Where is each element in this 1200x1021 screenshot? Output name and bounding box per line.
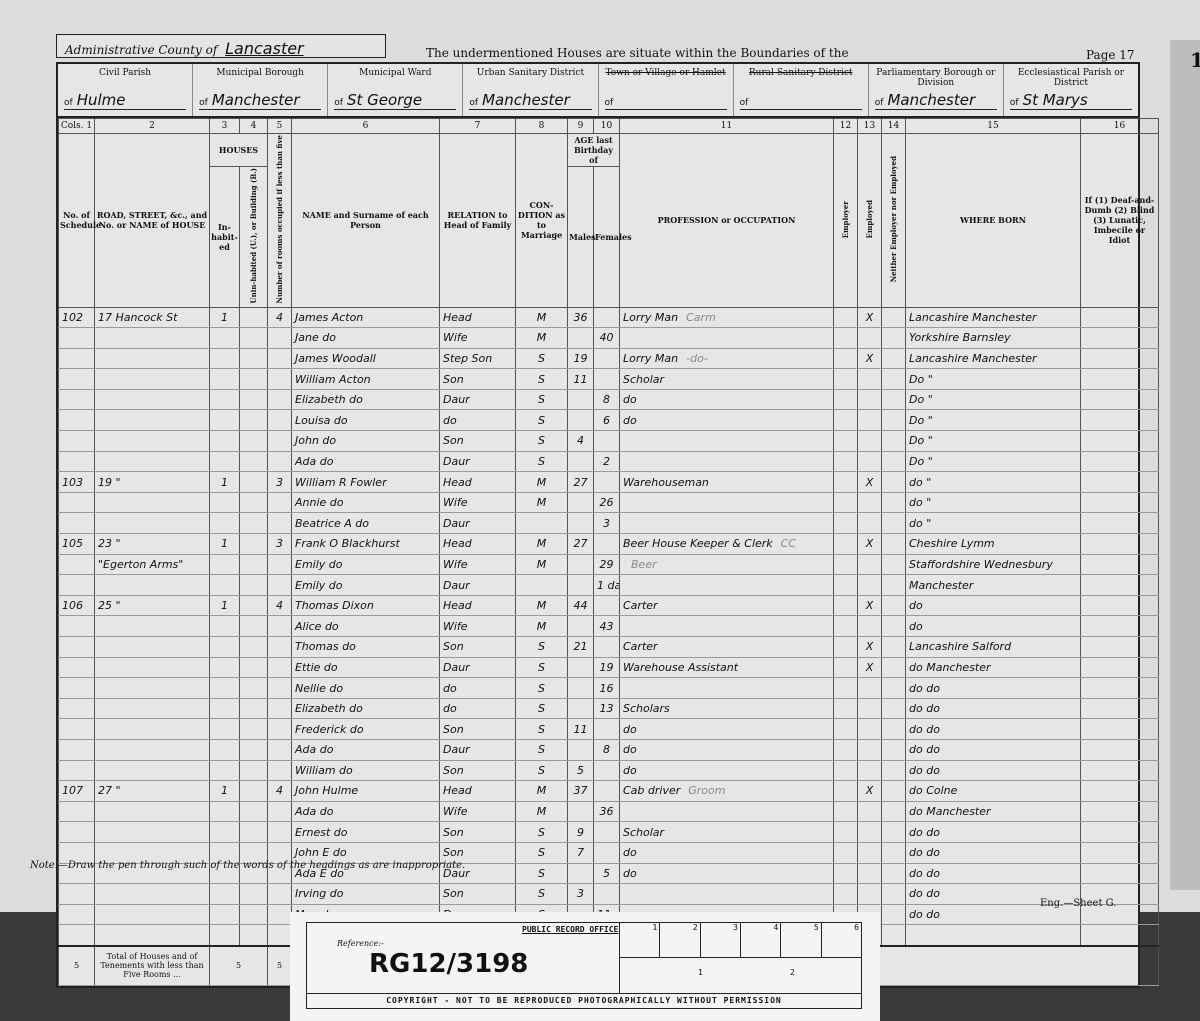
column-headers-row: No. of Schedule ROAD, STREET, &c., and N…	[59, 134, 1159, 167]
admin-field-label: Parliamentary Borough or Division	[869, 68, 1003, 88]
table-row: Frederick doSonS11dodo do	[59, 719, 1159, 740]
cell-condition	[516, 575, 568, 596]
cell-occupation: Scholar	[620, 369, 834, 390]
cell-address	[95, 616, 210, 637]
ruler-inch-2: 2	[790, 968, 795, 977]
cell-rooms	[268, 575, 292, 596]
table-row: Emily doDaur1 dayManchester	[59, 575, 1159, 596]
admin-field-value: of	[740, 91, 862, 110]
cell-born	[906, 925, 1081, 946]
empty-cell	[882, 678, 906, 699]
cell-schedule	[59, 451, 95, 472]
cell-male-age	[568, 451, 594, 472]
cell-inhabited	[210, 410, 240, 431]
empty-cell	[834, 884, 858, 905]
empty-cell	[240, 328, 268, 349]
cell-inhabited	[210, 925, 240, 946]
empty-cell	[240, 616, 268, 637]
cell-female-age: 26	[594, 492, 620, 513]
cell-condition: M	[516, 595, 568, 616]
empty-cell	[834, 637, 858, 658]
cell-rooms	[268, 389, 292, 410]
empty-cell	[834, 513, 858, 534]
cell-male-age: 27	[568, 472, 594, 493]
empty-cell	[240, 534, 268, 555]
cell-name: Thomas Dixon	[292, 595, 440, 616]
admin-field: Municipal BoroughofManchester	[193, 64, 328, 116]
cell-employed	[858, 369, 882, 390]
cell-employed	[858, 678, 882, 699]
cell-address: 25 "	[95, 595, 210, 616]
empty-cell	[240, 472, 268, 493]
county-value: Lancaster	[225, 39, 304, 58]
cell-inhabited	[210, 328, 240, 349]
cell-female-age: 16	[594, 678, 620, 699]
cell-inhabited	[210, 492, 240, 513]
cell-occupation: Lorry ManCarm	[620, 307, 834, 328]
empty-cell	[834, 616, 858, 637]
cell-employed	[858, 842, 882, 863]
cell-schedule	[59, 348, 95, 369]
cell-rooms	[268, 554, 292, 575]
cell-occupation: Warehouse Assistant	[620, 657, 834, 678]
col-condition: CON-DITION as to Marriage	[516, 134, 568, 308]
cell-condition: M	[516, 554, 568, 575]
cell-inhabited	[210, 348, 240, 369]
column-number: 5	[268, 119, 292, 134]
empty-cell	[882, 348, 906, 369]
cell-born: do "	[906, 472, 1081, 493]
table-row: Louisa dodoS6doDo "	[59, 410, 1159, 431]
ruler-inch: 1 2	[620, 958, 862, 994]
col-name: NAME and Surname of each Person	[292, 134, 440, 308]
cell-condition: S	[516, 657, 568, 678]
col-address: ROAD, STREET, &c., and No. or NAME of HO…	[95, 134, 210, 308]
cell-relation: Head	[440, 472, 516, 493]
cell-born: do do	[906, 698, 1081, 719]
table-row: Ada doDaurS8dodo do	[59, 739, 1159, 760]
cell-address	[95, 328, 210, 349]
table-row: Ernest doSonS9Scholardo do	[59, 822, 1159, 843]
cell-female-age: 5	[594, 863, 620, 884]
cell-rooms: 4	[268, 595, 292, 616]
cell-born: do do	[906, 863, 1081, 884]
empty-cell	[834, 842, 858, 863]
pencil-annotation: Carm	[686, 311, 716, 324]
cell-occupation: do	[620, 863, 834, 884]
cell-condition: S	[516, 719, 568, 740]
col-relation: RELATION to Head of Family	[440, 134, 516, 308]
cell-relation: Son	[440, 637, 516, 658]
admin-field-value: ofManchester	[199, 91, 321, 110]
table-row: 10727 "14John HulmeHeadM37Cab driverGroo…	[59, 781, 1159, 802]
cell-inhabited	[210, 431, 240, 452]
empty-cell	[1081, 842, 1159, 863]
empty-cell	[1081, 760, 1159, 781]
col-schedule: No. of Schedule	[59, 134, 95, 308]
cell-name: Ada do	[292, 739, 440, 760]
cell-employed	[858, 822, 882, 843]
table-row: Jane doWifeM40Yorkshire Barnsley	[59, 328, 1159, 349]
cell-address	[95, 884, 210, 905]
cell-occupation: do	[620, 410, 834, 431]
empty-cell	[1081, 534, 1159, 555]
admin-field-value: ofSt Marys	[1010, 91, 1132, 110]
cell-employed: X	[858, 595, 882, 616]
cell-schedule	[59, 904, 95, 925]
cell-occupation	[620, 431, 834, 452]
empty-cell	[834, 369, 858, 390]
cell-relation: Daur	[440, 739, 516, 760]
cell-name: Beatrice A do	[292, 513, 440, 534]
cell-employed: X	[858, 534, 882, 555]
cell-female-age	[594, 348, 620, 369]
cell-born: Staffordshire Wednesbury	[906, 554, 1081, 575]
cell-female-age	[594, 307, 620, 328]
empty-cell	[882, 842, 906, 863]
cell-schedule: 102	[59, 307, 95, 328]
page-number: Page 17	[1086, 48, 1135, 62]
cell-born: do Manchester	[906, 801, 1081, 822]
column-number: 7	[440, 119, 516, 134]
cell-address	[95, 431, 210, 452]
cell-occupation: Lorry Man-do-	[620, 348, 834, 369]
total-schedules: 5	[59, 946, 95, 986]
cell-condition: M	[516, 472, 568, 493]
cell-occupation: Scholars	[620, 698, 834, 719]
cell-condition: S	[516, 389, 568, 410]
empty-cell	[1081, 554, 1159, 575]
cell-name: Thomas do	[292, 637, 440, 658]
empty-cell	[834, 822, 858, 843]
column-number: Cols. 1	[59, 119, 95, 134]
cell-inhabited	[210, 739, 240, 760]
empty-cell	[1081, 410, 1159, 431]
cell-rooms	[268, 698, 292, 719]
empty-cell	[834, 348, 858, 369]
cell-male-age: 36	[568, 307, 594, 328]
empty-cell	[1081, 822, 1159, 843]
cell-name: Nellie do	[292, 678, 440, 699]
empty-cell	[834, 760, 858, 781]
cell-female-age: 40	[594, 328, 620, 349]
col-houses: HOUSES	[210, 134, 268, 167]
col-employer: Employer	[834, 134, 858, 308]
cell-condition: S	[516, 451, 568, 472]
cell-employed: X	[858, 637, 882, 658]
empty-cell	[1081, 451, 1159, 472]
cell-born: Manchester	[906, 575, 1081, 596]
cell-name: Elizabeth do	[292, 698, 440, 719]
cell-condition: M	[516, 801, 568, 822]
column-number: 11	[620, 119, 834, 134]
empty-cell	[882, 431, 906, 452]
cell-inhabited	[210, 801, 240, 822]
cell-schedule	[59, 513, 95, 534]
table-row: William ActonSonS11ScholarDo "	[59, 369, 1159, 390]
cell-employed	[858, 513, 882, 534]
empty-cell	[240, 657, 268, 678]
cell-male-age: 11	[568, 369, 594, 390]
cell-rooms	[268, 657, 292, 678]
cell-male-age	[568, 328, 594, 349]
cell-born: Do "	[906, 431, 1081, 452]
empty-cell	[834, 595, 858, 616]
cell-name: William Acton	[292, 369, 440, 390]
empty-cell	[240, 884, 268, 905]
cell-schedule	[59, 616, 95, 637]
cell-born: do do	[906, 760, 1081, 781]
empty-cell	[240, 389, 268, 410]
empty-cell	[240, 678, 268, 699]
cell-schedule	[59, 575, 95, 596]
cell-male-age: 44	[568, 595, 594, 616]
cell-employed	[858, 328, 882, 349]
cell-inhabited	[210, 637, 240, 658]
cell-address	[95, 739, 210, 760]
cell-schedule	[59, 554, 95, 575]
cell-address	[95, 492, 210, 513]
cell-born: Cheshire Lymm	[906, 534, 1081, 555]
empty-cell	[834, 698, 858, 719]
cell-condition: M	[516, 616, 568, 637]
admin-field: Parliamentary Borough or DivisionofManch…	[869, 64, 1004, 116]
cell-address	[95, 369, 210, 390]
cell-occupation	[620, 492, 834, 513]
table-row: James WoodallStep SonS19Lorry Man-do-XLa…	[59, 348, 1159, 369]
cell-relation: Son	[440, 760, 516, 781]
empty-cell	[882, 451, 906, 472]
empty-cell	[882, 863, 906, 884]
cell-female-age: 8	[594, 389, 620, 410]
cell-employed	[858, 575, 882, 596]
cell-relation: Head	[440, 595, 516, 616]
cell-relation: Son	[440, 369, 516, 390]
empty-cell	[834, 410, 858, 431]
census-page: Administrative County of Lancaster The u…	[0, 0, 1200, 912]
admin-field: Municipal WardofSt George	[328, 64, 463, 116]
empty-cell	[240, 410, 268, 431]
cell-occupation: do	[620, 389, 834, 410]
cell-born: do do	[906, 719, 1081, 740]
ruler-cm-mark: 3	[701, 923, 741, 957]
cell-address	[95, 801, 210, 822]
empty-cell	[240, 307, 268, 328]
admin-field: Civil ParishofHulme	[58, 64, 193, 116]
ruler-cm: 123456	[620, 923, 862, 958]
admin-field: Urban Sanitary DistrictofManchester	[463, 64, 598, 116]
cell-schedule	[59, 431, 95, 452]
cell-occupation: do	[620, 842, 834, 863]
cell-address	[95, 760, 210, 781]
census-rows: 10217 Hancock St14James ActonHeadM36Lorr…	[59, 307, 1159, 946]
cell-rooms	[268, 616, 292, 637]
empty-cell	[834, 657, 858, 678]
cell-condition: M	[516, 781, 568, 802]
table-row: Alice doWifeM43do	[59, 616, 1159, 637]
empty-cell	[834, 389, 858, 410]
table-row: Thomas doSonS21CarterXLancashire Salford	[59, 637, 1159, 658]
cell-occupation	[620, 513, 834, 534]
cell-condition: S	[516, 678, 568, 699]
pencil-annotation: -do-	[686, 352, 708, 365]
cell-address: "Egerton Arms"	[95, 554, 210, 575]
table-row: Elizabeth dodoS13Scholarsdo do	[59, 698, 1159, 719]
cell-name: John Hulme	[292, 781, 440, 802]
cell-born: do	[906, 595, 1081, 616]
empty-cell	[834, 801, 858, 822]
cell-condition: S	[516, 884, 568, 905]
cell-address	[95, 719, 210, 740]
cell-rooms	[268, 678, 292, 699]
cell-address	[95, 904, 210, 925]
cell-address	[95, 451, 210, 472]
cell-schedule	[59, 698, 95, 719]
cell-employed	[858, 431, 882, 452]
cell-male-age: 4	[568, 431, 594, 452]
empty-cell	[882, 719, 906, 740]
cell-relation: Daur	[440, 657, 516, 678]
table-row: John doSonS4Do "	[59, 431, 1159, 452]
census-form: Administrative County of Lancaster The u…	[56, 34, 1156, 894]
empty-cell	[1081, 348, 1159, 369]
admin-field-label: Ecclesiastical Parish or District	[1004, 68, 1138, 88]
cell-schedule	[59, 389, 95, 410]
folio-number: 139	[1190, 48, 1200, 72]
cell-male-age: 21	[568, 637, 594, 658]
empty-cell	[882, 472, 906, 493]
cell-relation: Step Son	[440, 348, 516, 369]
empty-cell	[834, 534, 858, 555]
cell-female-age	[594, 431, 620, 452]
cell-name: William R Fowler	[292, 472, 440, 493]
cell-name: Annie do	[292, 492, 440, 513]
empty-cell	[1081, 492, 1159, 513]
empty-cell	[882, 925, 906, 946]
pencil-annotation: Groom	[688, 784, 725, 797]
cell-inhabited	[210, 657, 240, 678]
empty-cell	[240, 739, 268, 760]
empty-cell	[1081, 616, 1159, 637]
cell-address: 23 "	[95, 534, 210, 555]
cell-address	[95, 513, 210, 534]
empty-cell	[882, 616, 906, 637]
col-occupation: PROFESSION or OCCUPATION	[620, 134, 834, 308]
cell-schedule: 105	[59, 534, 95, 555]
admin-field-label: Municipal Borough	[193, 68, 327, 78]
cell-condition: M	[516, 492, 568, 513]
table-row: 10625 "14Thomas DixonHeadM44CarterXdo	[59, 595, 1159, 616]
cell-rooms	[268, 884, 292, 905]
reference-caption: Reference:-	[337, 939, 384, 948]
cell-female-age	[594, 842, 620, 863]
cell-male-age: 27	[568, 534, 594, 555]
cell-rooms	[268, 451, 292, 472]
cell-employed: X	[858, 781, 882, 802]
empty-cell	[834, 492, 858, 513]
cell-name: Jane do	[292, 328, 440, 349]
cell-condition: S	[516, 348, 568, 369]
cell-rooms	[268, 760, 292, 781]
cell-born: Lancashire Salford	[906, 637, 1081, 658]
cell-born: do do	[906, 739, 1081, 760]
table-row: William doSonS5dodo do	[59, 760, 1159, 781]
cell-rooms	[268, 719, 292, 740]
empty-cell	[240, 925, 268, 946]
cell-name: James Acton	[292, 307, 440, 328]
cell-condition: S	[516, 637, 568, 658]
cell-employed	[858, 389, 882, 410]
column-number: 13	[858, 119, 882, 134]
cell-relation: Daur	[440, 575, 516, 596]
cell-schedule	[59, 822, 95, 843]
cell-male-age	[568, 863, 594, 884]
cell-occupation: Beer	[620, 554, 834, 575]
cell-rooms: 4	[268, 781, 292, 802]
cell-inhabited	[210, 904, 240, 925]
cell-relation: Wife	[440, 616, 516, 637]
cell-schedule	[59, 760, 95, 781]
cell-inhabited	[210, 389, 240, 410]
cell-occupation	[620, 801, 834, 822]
column-number: 3	[210, 119, 240, 134]
cell-condition: S	[516, 698, 568, 719]
cell-female-age: 1 day	[594, 575, 620, 596]
cell-relation: do	[440, 678, 516, 699]
cell-condition: S	[516, 760, 568, 781]
cell-relation: Head	[440, 534, 516, 555]
column-number: 10	[594, 119, 620, 134]
census-table: Cols. 12345678910111213141516 No. of Sch…	[58, 118, 1159, 986]
empty-cell	[834, 575, 858, 596]
column-number: 15	[906, 119, 1081, 134]
cell-female-age	[594, 369, 620, 390]
cell-female-age	[594, 719, 620, 740]
footnote: Note.—Draw the pen through such of the w…	[30, 860, 465, 871]
cell-relation: Daur	[440, 389, 516, 410]
empty-cell	[882, 534, 906, 555]
cell-born: do do	[906, 842, 1081, 863]
census-table-wrap: Civil ParishofHulmeMunicipal BoroughofMa…	[56, 62, 1140, 988]
cell-relation: Wife	[440, 328, 516, 349]
cell-address	[95, 698, 210, 719]
cell-name: Louisa do	[292, 410, 440, 431]
empty-cell	[882, 492, 906, 513]
empty-cell	[882, 739, 906, 760]
empty-cell	[1081, 801, 1159, 822]
cell-schedule	[59, 925, 95, 946]
cell-name: Emily do	[292, 554, 440, 575]
cell-born: Lancashire Manchester	[906, 348, 1081, 369]
cell-schedule	[59, 410, 95, 431]
cell-rooms	[268, 801, 292, 822]
cell-inhabited	[210, 451, 240, 472]
empty-cell	[240, 595, 268, 616]
column-number: 2	[95, 119, 210, 134]
admin-field-value: ofHulme	[64, 91, 186, 110]
total-rooms: 5	[268, 946, 292, 986]
empty-cell	[1081, 781, 1159, 802]
cell-schedule	[59, 492, 95, 513]
empty-cell	[834, 328, 858, 349]
cell-condition: M	[516, 534, 568, 555]
cell-female-age: 8	[594, 739, 620, 760]
cell-inhabited	[210, 369, 240, 390]
table-row: "Egerton Arms"Emily doWifeM29BeerStaffor…	[59, 554, 1159, 575]
empty-cell	[1081, 719, 1159, 740]
cell-inhabited: 1	[210, 781, 240, 802]
reference-label: PUBLIC RECORD OFFICE Reference:- RG12/31…	[290, 912, 880, 1021]
